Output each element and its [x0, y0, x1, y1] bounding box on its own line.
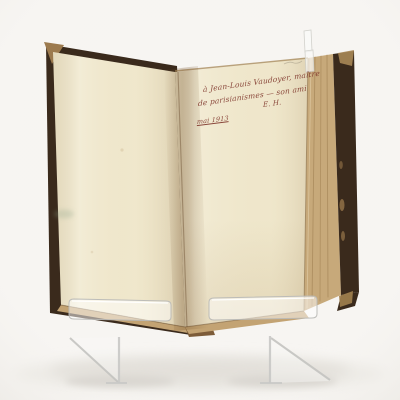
left-page-stain — [54, 210, 74, 219]
foxing-spot — [91, 251, 94, 254]
photo-canvas — [0, 0, 400, 400]
foxing-spot — [120, 148, 123, 151]
book-photograph: à Jean-Louis Vaudoyer, maître de parisia… — [0, 0, 400, 400]
book-shadow — [15, 356, 385, 392]
